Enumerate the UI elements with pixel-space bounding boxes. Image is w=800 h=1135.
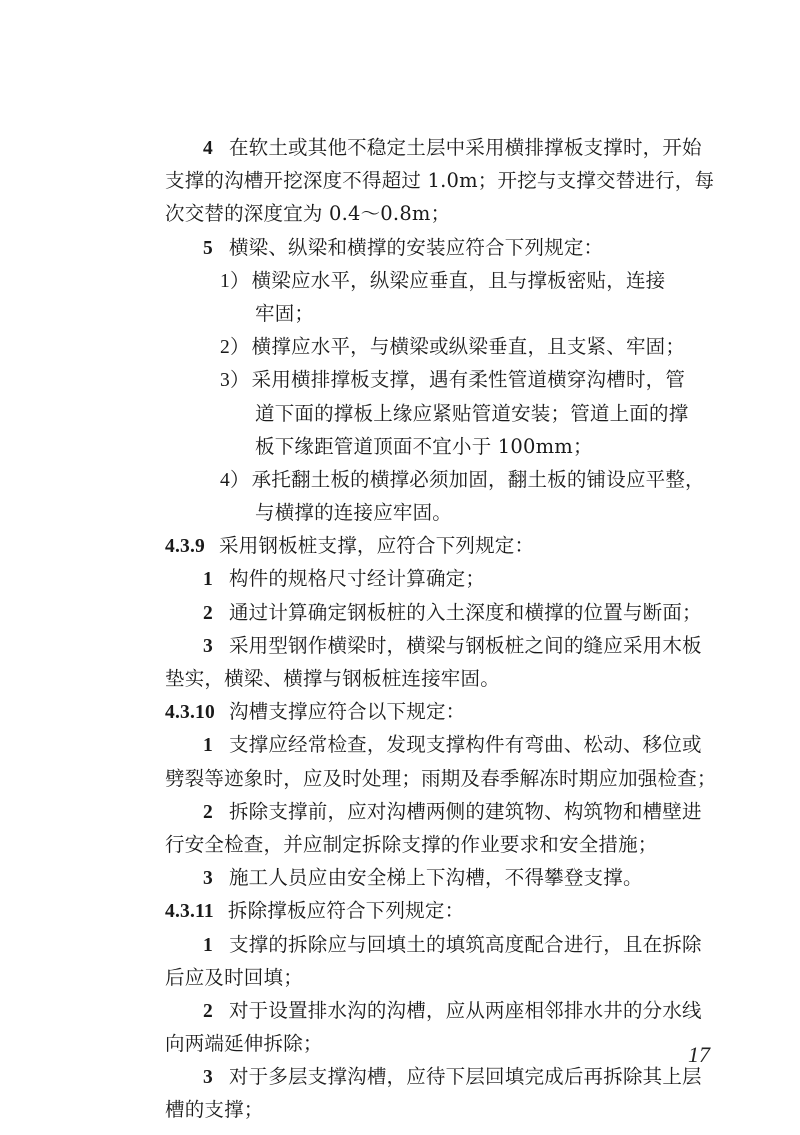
section-title: 拆除撑板应符合下列规定： [228,899,464,922]
text-line: 垫实，横梁、横撑与钢板桩连接牢固。 [165,662,740,695]
clause-1: 1支撑应经常检查，发现支撑构件有弯曲、松动、移位或 [165,728,740,761]
item-number: 3 [203,862,213,895]
text-line: 对于设置排水沟的沟槽，应从两座相邻排水井的分水线 [229,999,702,1022]
text-line: 横撑应水平，与横梁或纵梁垂直，且支紧、牢固； [252,335,685,358]
text-line: 次交替的深度宜为 0.4～0.8m； [165,197,740,230]
subitem-number: 4） [220,464,250,497]
text-line: 在软土或其他不稳定土层中采用横排撑板支撑时，开始 [229,136,702,159]
section-number: 4.3.10 [165,696,215,729]
text-line: 支撑应经常检查，发现支撑构件有弯曲、松动、移位或 [229,733,702,756]
document-body: 4在软土或其他不稳定土层中采用横排撑板支撑时，开始 支撑的沟槽开挖深度不得超过 … [165,131,740,1127]
clause-2: 2对于设置排水沟的沟槽，应从两座相邻排水井的分水线 [165,994,740,1027]
subitem-number: 1） [220,265,250,298]
text-line: 与横撑的连接应牢固。 [165,496,740,529]
clause-5: 5横梁、纵梁和横撑的安装应符合下列规定： [165,231,740,264]
text-line: 行安全检查，并应制定拆除支撑的作业要求和安全措施； [165,828,740,861]
text-line: 采用型钢作横梁时，横梁与钢板桩之间的缝应采用木板 [229,634,702,657]
text-line: 拆除支撑前，应对沟槽两侧的建筑物、构筑物和槽壁进 [229,800,702,823]
text-line: 施工人员应由安全梯上下沟槽，不得攀登支撑。 [229,866,643,889]
subitem-1: 1）横梁应水平，纵梁应垂直，且与撑板密贴，连接 [165,264,740,297]
text-line: 采用横排撑板支撑，遇有柔性管道横穿沟槽时，管 [252,368,685,391]
text-line: 劈裂等迹象时，应及时处理；雨期及春季解冻时期应加强检查； [165,762,740,795]
page-number: 17 [688,1042,710,1068]
text-line: 通过计算确定钢板桩的入土深度和横撑的位置与断面； [229,601,702,624]
text-line: 支撑的拆除应与回填土的填筑高度配合进行，且在拆除 [229,933,702,956]
text-line: 槽的支撑； [165,1093,740,1126]
item-number: 2 [203,995,213,1028]
clause-2: 2通过计算确定钢板桩的入土深度和横撑的位置与断面； [165,596,740,629]
text-line: 横梁、纵梁和横撑的安装应符合下列规定： [229,236,603,259]
subitem-number: 3） [220,364,250,397]
text-line: 构件的规格尺寸经计算确定； [229,567,485,590]
clause-1: 1构件的规格尺寸经计算确定； [165,562,740,595]
item-number: 1 [203,563,213,596]
text-line: 牢固； [165,297,740,330]
clause-3: 3对于多层支撑沟槽，应待下层回填完成后再拆除其上层 [165,1060,740,1093]
section-4-3-10: 4.3.10沟槽支撑应符合以下规定： [165,695,740,728]
section-number: 4.3.11 [165,895,214,928]
subitem-4: 4）承托翻土板的横撑必须加固，翻土板的铺设应平整， [165,463,740,496]
text-line: 向两端延伸拆除； [165,1027,740,1060]
item-number: 1 [203,729,213,762]
item-number: 2 [203,597,213,630]
text-line: 支撑的沟槽开挖深度不得超过 1.0m；开挖与支撑交替进行，每 [165,164,740,197]
section-number: 4.3.9 [165,530,205,563]
item-number: 3 [203,630,213,663]
item-number: 2 [203,796,213,829]
subitem-number: 2） [220,331,250,364]
section-4-3-11: 4.3.11拆除撑板应符合下列规定： [165,894,740,927]
item-number: 1 [203,929,213,962]
item-number: 5 [203,232,213,265]
text-line: 承托翻土板的横撑必须加固，翻土板的铺设应平整， [252,468,705,491]
section-4-3-9: 4.3.9采用钢板桩支撑，应符合下列规定： [165,529,740,562]
clause-3: 3采用型钢作横梁时，横梁与钢板桩之间的缝应采用木板 [165,629,740,662]
clause-2: 2拆除支撑前，应对沟槽两侧的建筑物、构筑物和槽壁进 [165,795,740,828]
clause-3: 3施工人员应由安全梯上下沟槽，不得攀登支撑。 [165,861,740,894]
subitem-3: 3）采用横排撑板支撑，遇有柔性管道横穿沟槽时，管 [165,363,740,396]
text-line: 后应及时回填； [165,961,740,994]
text-line: 板下缘距管道顶面不宜小于 100mm； [165,430,740,463]
section-title: 采用钢板桩支撑，应符合下列规定： [219,534,534,557]
clause-1: 1支撑的拆除应与回填土的填筑高度配合进行，且在拆除 [165,928,740,961]
clause-4: 4在软土或其他不稳定土层中采用横排撑板支撑时，开始 [165,131,740,164]
text-line: 横梁应水平，纵梁应垂直，且与撑板密贴，连接 [252,269,666,292]
item-number: 4 [203,132,213,165]
text-line: 道下面的撑板上缘应紧贴管道安装；管道上面的撑 [165,397,740,430]
subitem-2: 2）横撑应水平，与横梁或纵梁垂直，且支紧、牢固； [165,330,740,363]
section-title: 沟槽支撑应符合以下规定： [229,700,465,723]
item-number: 3 [203,1061,213,1094]
text-line: 对于多层支撑沟槽，应待下层回填完成后再拆除其上层 [229,1065,702,1088]
